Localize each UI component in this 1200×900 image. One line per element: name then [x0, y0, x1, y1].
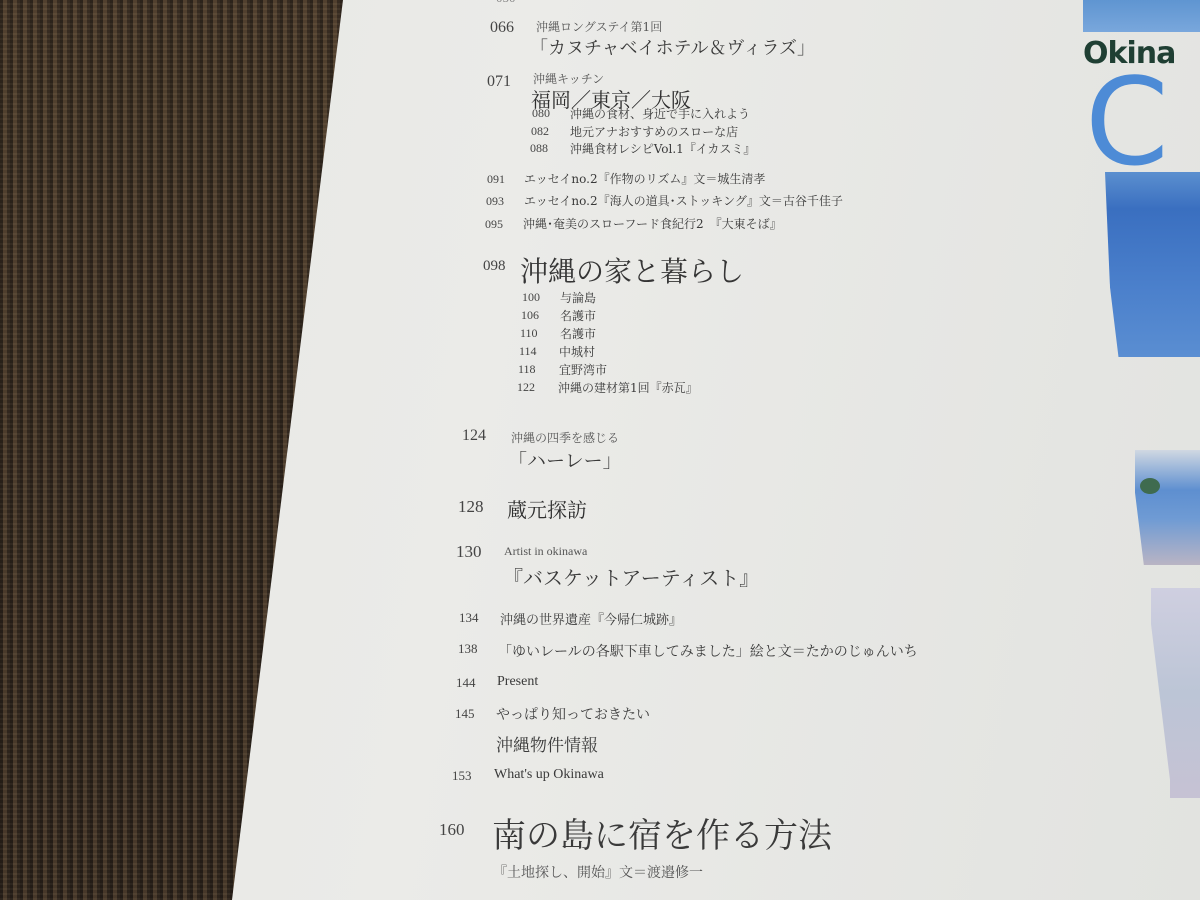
- sub-entry: 宜野湾市: [559, 361, 607, 378]
- page-number: 153: [452, 768, 472, 784]
- sub-page-number: 114: [519, 344, 537, 359]
- page-number: 130: [456, 542, 482, 562]
- entry-kicker: Artist in okinawa: [504, 544, 587, 559]
- sub-entry: 沖縄食材レシピVol.1『イカスミ』: [570, 140, 755, 157]
- sub-page-number: 110: [520, 326, 538, 341]
- entry-title: What's up Okinawa: [494, 767, 604, 783]
- entry-kicker: 沖縄ロングステイ第1回: [536, 18, 662, 35]
- entry-title: 『バスケットアーティスト』: [503, 562, 759, 591]
- sub-page-number: 122: [517, 380, 535, 395]
- partial-page-number: 050: [496, 0, 516, 6]
- sub-entry: 地元アナおすすめのスローな店: [570, 123, 738, 140]
- page-number: 066: [490, 19, 514, 37]
- page-number: 098: [483, 258, 506, 275]
- entry-title: 「ゆいレールの各駅下車してみました」絵と文＝たかのじゅんいち: [498, 641, 918, 661]
- page-number: 124: [462, 427, 486, 445]
- entry-title: 沖縄･奄美のスローフード食紀行2 『大東そば』: [523, 215, 782, 232]
- entry-title: 沖縄の世界遺産『今帰仁城跡』: [500, 609, 682, 628]
- sub-page-number: 088: [530, 141, 548, 156]
- sub-entry: 与論島: [560, 289, 596, 306]
- entry-title: Present: [497, 674, 538, 690]
- sub-page-number: 080: [532, 106, 550, 121]
- sub-page-number: 100: [522, 290, 540, 305]
- page-number: 138: [458, 641, 478, 657]
- entry-title: エッセイno.2『海人の道具･ストッキング』文＝古谷千佳子: [524, 192, 843, 209]
- entry-title: 南の島に宿を作る方法: [492, 808, 832, 857]
- sub-page-number: 082: [531, 124, 549, 139]
- entry-title: 「カヌチャベイホテル＆ヴィラズ」: [530, 34, 815, 60]
- page-number: 134: [459, 610, 479, 626]
- page-number: 095: [485, 217, 503, 232]
- entry-title: 沖縄物件情報: [496, 731, 598, 756]
- page-number: 071: [487, 73, 511, 91]
- sub-page-number: 106: [521, 308, 539, 323]
- entry-title: 沖縄の家と暮らし: [520, 250, 744, 290]
- page-number: 144: [456, 675, 476, 691]
- sub-entry: 名護市: [560, 325, 596, 342]
- sub-entry: 沖縄の建材第1回『赤瓦』: [558, 379, 698, 396]
- entry-kicker: 沖縄の四季を感じる: [511, 429, 619, 446]
- page-number: 091: [487, 172, 505, 187]
- sub-entry: 中城村: [559, 343, 595, 360]
- sub-entry: 沖縄の食材、身近で手に入れよう: [570, 105, 750, 122]
- page-number: 145: [455, 706, 475, 722]
- entry-kicker: やっぱり知っておきたい: [496, 704, 650, 724]
- table-of-contents: 050 066 沖縄ロングステイ第1回 「カヌチャベイホテル＆ヴィラズ」 071…: [0, 0, 1200, 900]
- entry-title: 蔵元探訪: [507, 494, 587, 523]
- sub-entry: 名護市: [560, 307, 596, 324]
- page-number: 128: [458, 497, 484, 517]
- entry-title: エッセイno.2『作物のリズム』文＝城生清孝: [524, 170, 765, 187]
- page-number: 093: [486, 194, 504, 209]
- entry-title: 「ハーレー」: [508, 446, 622, 473]
- entry-byline: 『土地探し、開始』文＝渡邉修一: [493, 862, 703, 882]
- sub-page-number: 118: [518, 362, 536, 377]
- page-number: 160: [439, 820, 465, 840]
